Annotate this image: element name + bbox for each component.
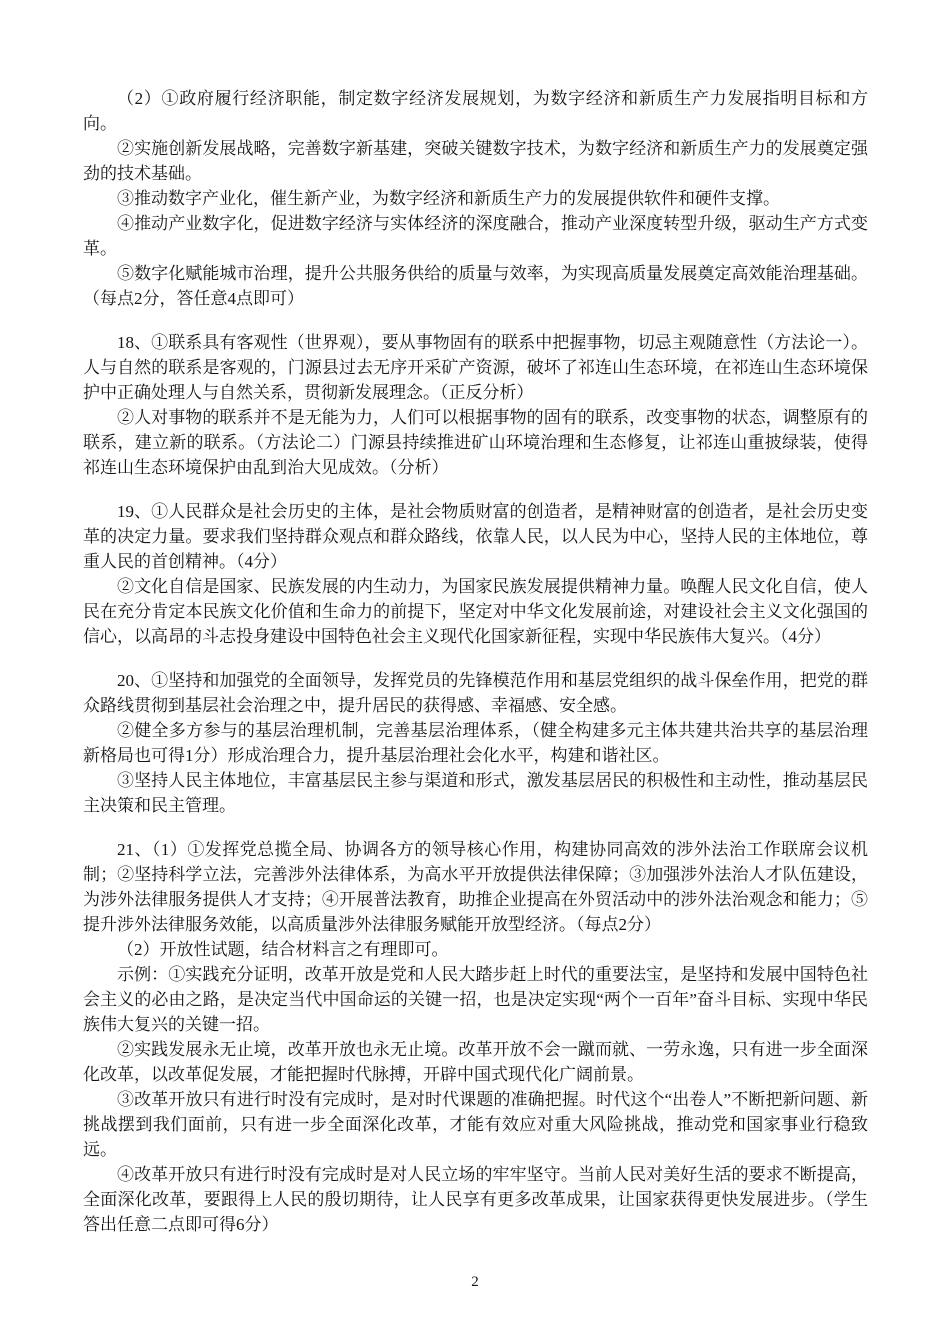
answer-paragraph: ④改革开放只有进行时没有完成时是对人民立场的牢牢坚守。当前人民对美好生活的要求不…	[83, 1162, 868, 1237]
answer-block-18: 18、①联系具有客观性（世界观），要从事物固有的联系中把握事物，切忌主观随意性（…	[83, 330, 868, 480]
answer-paragraph: 19、①人民群众是社会历史的主体，是社会物质财富的创造者，是精神财富的创造者，是…	[83, 499, 868, 574]
answer-paragraph: ④推动产业数字化，促进数字经济与实体经济的深度融合，推动产业深度转型升级，驱动生…	[83, 211, 868, 261]
document-body: （2）①政府履行经济职能，制定数字经济发展规划，为数字经济和新质生产力发展指明目…	[83, 86, 868, 1237]
answer-paragraph: 示例：①实践充分证明，改革开放是党和人民大踏步赶上时代的重要法宝，是坚持和发展中…	[83, 962, 868, 1037]
answer-paragraph: ②实践发展永无止境，改革开放也永无止境。改革开放不会一蹴而就、一劳永逸，只有进一…	[83, 1037, 868, 1087]
answer-paragraph: ③坚持人民主体地位，丰富基层民主参与渠道和形式，激发基层居民的积极性和主动性，推…	[83, 768, 868, 818]
document-page: （2）①政府履行经济职能，制定数字经济发展规划，为数字经济和新质生产力发展指明目…	[0, 0, 950, 1344]
answer-block-17-2: （2）①政府履行经济职能，制定数字经济发展规划，为数字经济和新质生产力发展指明目…	[83, 86, 868, 311]
answer-paragraph: 21、（1）①发挥党总揽全局、协调各方的领导核心作用，构建协同高效的涉外法治工作…	[83, 837, 868, 937]
answer-paragraph: 20、①坚持和加强党的全面领导，发挥党员的先锋模范作用和基层党组织的战斗保垒作用…	[83, 668, 868, 718]
answer-paragraph: ③推动数字产业化，催生新产业，为数字经济和新质生产力的发展提供软件和硬件支撑。	[83, 186, 868, 211]
page-number: 2	[0, 1274, 950, 1291]
answer-block-20: 20、①坚持和加强党的全面领导，发挥党员的先锋模范作用和基层党组织的战斗保垒作用…	[83, 668, 868, 818]
answer-paragraph: ③改革开放只有进行时没有完成时，是对时代课题的准确把握。时代这个“出卷人”不断把…	[83, 1087, 868, 1162]
answer-paragraph: ②实施创新发展战略，完善数字新基建，突破关键数字技术，为数字经济和新质生产力的发…	[83, 136, 868, 186]
answer-paragraph: （2）①政府履行经济职能，制定数字经济发展规划，为数字经济和新质生产力发展指明目…	[83, 86, 868, 136]
answer-paragraph: ⑤数字化赋能城市治理，提升公共服务供给的质量与效率，为实现高质量发展奠定高效能治…	[83, 261, 868, 311]
answer-paragraph: 18、①联系具有客观性（世界观），要从事物固有的联系中把握事物，切忌主观随意性（…	[83, 330, 868, 405]
answer-paragraph: ②健全多方参与的基层治理机制，完善基层治理体系，（健全构建多元主体共建共治共享的…	[83, 718, 868, 768]
answer-block-21: 21、（1）①发挥党总揽全局、协调各方的领导核心作用，构建协同高效的涉外法治工作…	[83, 837, 868, 1237]
answer-paragraph: ②文化自信是国家、民族发展的内生动力，为国家民族发展提供精神力量。唤醒人民文化自…	[83, 574, 868, 649]
answer-paragraph: ②人对事物的联系并不是无能为力，人们可以根据事物的固有的联系，改变事物的状态，调…	[83, 405, 868, 480]
answer-block-19: 19、①人民群众是社会历史的主体，是社会物质财富的创造者，是精神财富的创造者，是…	[83, 499, 868, 649]
answer-paragraph: （2）开放性试题，结合材料言之有理即可。	[83, 937, 868, 962]
